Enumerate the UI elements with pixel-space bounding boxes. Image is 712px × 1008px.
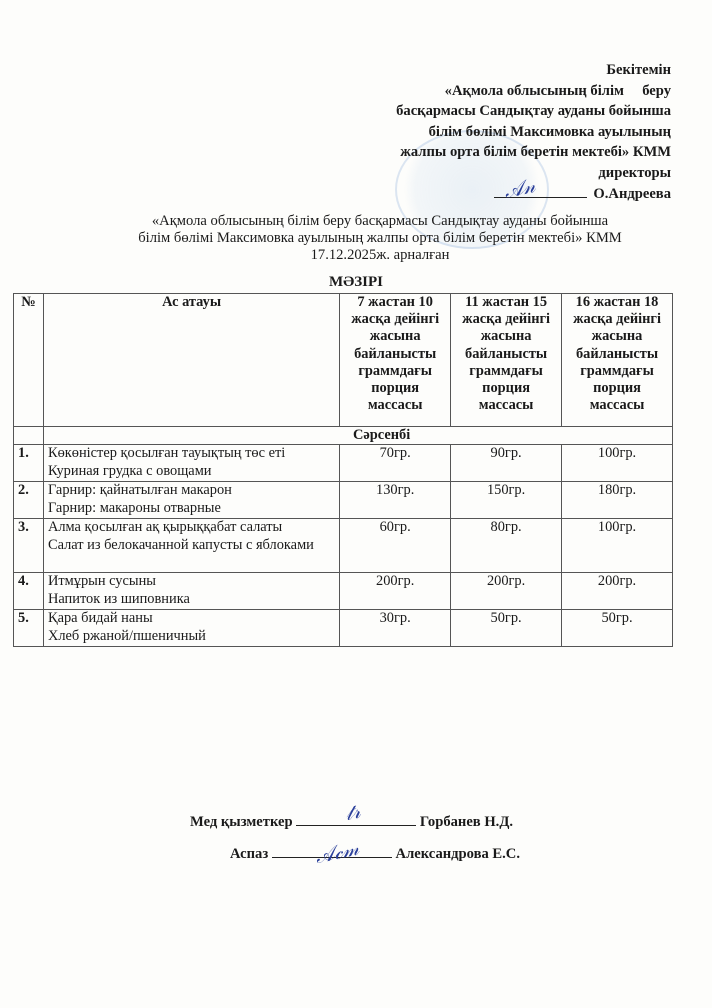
menu-table: № Ас атауы 7 жастан 10 жасқа дейінгі жас… xyxy=(13,293,673,647)
table-row: 2.Гарнир: қайнатылған макаронГарнир: мак… xyxy=(14,482,673,519)
approval-line: директоры xyxy=(311,163,671,184)
dish-name: Қара бидай наныХлеб ржаной/пшеничный xyxy=(43,610,339,647)
medic-role: Мед қызметкер xyxy=(190,814,293,830)
cook-signature-icon: 𝒜𝒸𝓂 xyxy=(313,836,361,869)
dish-name-ru: Напиток из шиповника xyxy=(48,591,335,609)
dish-name: Гарнир: қайнатылған макаронГарнир: макар… xyxy=(43,482,339,519)
col-header-age-11-15: 11 жастан 15 жасқа дейінгі жасына байлан… xyxy=(451,294,562,427)
col-header-age-16-18: 16 жастан 18 жасқа дейінгі жасына байлан… xyxy=(562,294,673,427)
portion-cell: 100гр. xyxy=(562,445,673,482)
portion-cell: 130гр. xyxy=(340,482,451,519)
approval-line: «Ақмола облысының білім беру xyxy=(311,81,671,102)
row-number: 3. xyxy=(14,519,44,573)
dish-name: Алма қосылған ақ қырыққабат салатыСалат … xyxy=(43,519,339,573)
row-number: 2. xyxy=(14,482,44,519)
col-header-name: Ас атауы xyxy=(43,294,339,427)
day-row-spacer xyxy=(14,427,44,445)
portion-cell: 100гр. xyxy=(562,519,673,573)
portion-cell: 60гр. xyxy=(340,519,451,573)
portion-cell: 180гр. xyxy=(562,482,673,519)
table-row: 5.Қара бидай наныХлеб ржаной/пшеничный30… xyxy=(14,610,673,647)
cook-role: Аспаз xyxy=(230,846,268,862)
portion-cell: 150гр. xyxy=(451,482,562,519)
portion-cell: 200гр. xyxy=(340,573,451,610)
approval-line: басқармасы Сандықтау ауданы бойынша xyxy=(311,101,671,122)
table-row: 4.Итмұрын сусыныНапиток из шиповника200г… xyxy=(14,573,673,610)
cook-signature-row: Аспаз Александрова Е.С. xyxy=(230,845,520,863)
dish-name: Көкөністер қосылған тауықтың төс етіКури… xyxy=(43,445,339,482)
dish-name-ru: Куриная грудка с овощами xyxy=(48,463,335,481)
portion-cell: 30гр. xyxy=(340,610,451,647)
day-cell: Сәрсенбі xyxy=(43,427,672,445)
table-row: 3.Алма қосылған ақ қырыққабат салатыСала… xyxy=(14,519,673,573)
portion-cell: 50гр. xyxy=(451,610,562,647)
row-number: 4. xyxy=(14,573,44,610)
approval-line: білім бөлімі Максимовка ауылының xyxy=(311,122,671,143)
header-line-2: білім бөлімі Максимовка ауылының жалпы о… xyxy=(60,230,700,247)
row-number: 1. xyxy=(14,445,44,482)
dish-name: Итмұрын сусыныНапиток из шиповника xyxy=(43,573,339,610)
cook-name: Александрова Е.С. xyxy=(396,846,520,862)
dish-name-kz: Алма қосылған ақ қырыққабат салаты xyxy=(48,519,335,537)
approval-line: жалпы орта білім беретін мектебі» КММ xyxy=(311,142,671,163)
portion-cell: 200гр. xyxy=(562,573,673,610)
document-header: «Ақмола облысының білім беру басқармасы … xyxy=(60,213,700,264)
table-row: 1.Көкөністер қосылған тауықтың төс етіКу… xyxy=(14,445,673,482)
page-title: МӘЗІРІ xyxy=(0,274,712,291)
portion-cell: 70гр. xyxy=(340,445,451,482)
row-number: 5. xyxy=(14,610,44,647)
dish-name-ru: Хлеб ржаной/пшеничный xyxy=(48,628,335,646)
dish-name-ru: Салат из белокачанной капусты с яблоками xyxy=(48,537,335,555)
medic-name: Горбанев Н.Д. xyxy=(420,814,513,830)
header-date: 17.12.2025ж. арналған xyxy=(60,247,700,264)
header-line-1: «Ақмола облысының білім беру басқармасы … xyxy=(60,213,700,230)
portion-cell: 200гр. xyxy=(451,573,562,610)
day-label: Сәрсенбі xyxy=(353,427,410,443)
director-name: О.Андреева xyxy=(593,186,671,202)
table-header-row: № Ас атауы 7 жастан 10 жасқа дейінгі жас… xyxy=(14,294,673,427)
portion-cell: 50гр. xyxy=(562,610,673,647)
portion-cell: 90гр. xyxy=(451,445,562,482)
dish-name-kz: Көкөністер қосылған тауықтың төс еті xyxy=(48,445,335,463)
dish-name-ru: Гарнир: макароны отварные xyxy=(48,500,335,518)
portion-cell: 80гр. xyxy=(451,519,562,573)
director-signature-line: О.Андреева xyxy=(311,183,671,205)
col-header-num: № xyxy=(14,294,44,427)
col-header-age-7-10: 7 жастан 10 жасқа дейінгі жасына байланы… xyxy=(340,294,451,427)
dish-name-kz: Итмұрын сусыны xyxy=(48,573,335,591)
dish-name-kz: Қара бидай наны xyxy=(48,610,335,628)
day-row: Сәрсенбі xyxy=(14,427,673,445)
approval-line: Бекітемін xyxy=(311,60,671,81)
approval-block: Бекітемін «Ақмола облысының білім беру б… xyxy=(311,60,671,205)
dish-name-kz: Гарнир: қайнатылған макарон xyxy=(48,482,335,500)
